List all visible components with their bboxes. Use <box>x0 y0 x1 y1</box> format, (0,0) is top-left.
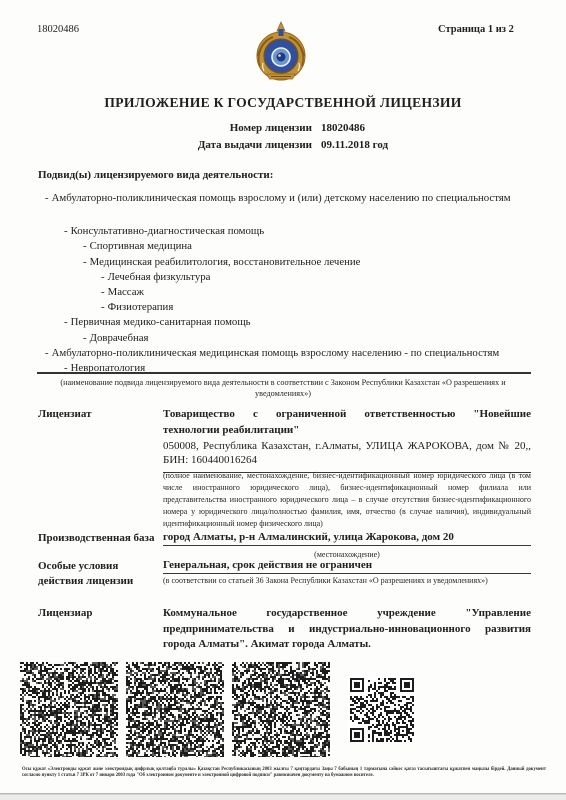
subtype-text: Амбулаторно-поликлиническая медицинская … <box>52 347 500 359</box>
licensor-line2: предпринимательства и индустриально-инно… <box>163 622 531 638</box>
subtype-item: -Амбулаторно-поликлиническая медицинская… <box>45 346 538 361</box>
list-dash: - <box>64 316 68 328</box>
subtype-text: Доврачебная <box>90 332 149 344</box>
digital-signature-barcode-3 <box>232 662 330 757</box>
list-dash: - <box>101 271 105 283</box>
subtype-text: Медицинская реабилитология, восстановите… <box>90 256 361 268</box>
licensee-address-line1: 050008, Республика Казахстан, г.Алматы, … <box>163 439 531 453</box>
list-dash: - <box>45 347 49 359</box>
coat-of-arms-icon <box>250 19 312 92</box>
special-conditions-footnote: (в соответствии со статьей 36 Закона Рес… <box>163 575 531 587</box>
list-dash: - <box>83 256 87 268</box>
subtype-item: -Консультативно-диагностическая помощь <box>64 224 538 239</box>
subtype-text: Физиотерапия <box>108 301 174 313</box>
subtype-text: Массаж <box>108 286 144 298</box>
licensee-name-line2: технологии реабилитации" <box>163 423 531 439</box>
scan-page-edge <box>0 792 566 800</box>
list-dash: - <box>45 192 49 204</box>
licensee-name-line1: Товарищество с ограниченной ответственно… <box>163 407 531 423</box>
digital-signature-barcode-1 <box>20 662 118 757</box>
licensee-label: Лицензиат <box>38 407 160 422</box>
list-dash: - <box>83 240 87 252</box>
subtype-item: -Медицинская реабилитология, восстановит… <box>83 255 538 270</box>
subtype-item: -Физиотерапия <box>101 300 538 315</box>
legal-footnote-kk: Осы құжат «Электронды құжат және электро… <box>22 767 505 772</box>
list-dash: - <box>101 301 105 313</box>
license-annex-page: 18020486 Страница 1 из 2 ПРИЛОЖЕНИЕ К ГО… <box>0 0 566 800</box>
subtype-text: Амбулаторно-поликлиническая помощь взрос… <box>52 192 511 204</box>
page-indicator: Страница 1 из 2 <box>438 24 514 35</box>
subtype-item: -Массаж <box>101 285 538 300</box>
subtype-item: -Спортивная медицина <box>83 239 538 254</box>
subtype-text: Первичная медико-санитарная помощь <box>71 316 251 328</box>
special-conditions-label: Особые условия действия лицензии <box>38 559 160 589</box>
licensee-bin: БИН: 160440016264 <box>163 453 531 467</box>
subtype-item: -Доврачебная <box>83 331 538 346</box>
licensee-name: Товарищество с ограниченной ответственно… <box>163 407 531 438</box>
subtype-text: Спортивная медицина <box>90 240 192 252</box>
subtype-item: -Первичная медико-санитарная помощь <box>64 315 538 330</box>
licensor-line1: Коммунальное государственное учреждение … <box>163 606 531 622</box>
licensor-value: Коммунальное государственное учреждение … <box>163 606 531 653</box>
subtype-item: -Амбулаторно-поликлиническая помощь взро… <box>45 191 538 206</box>
list-dash: - <box>101 286 105 298</box>
subtypes-footnote: (наименование подвида лицензируемого вид… <box>33 377 533 399</box>
list-dash: - <box>83 332 87 344</box>
subtypes-heading: Подвид(ы) лицензируемого вида деятельнос… <box>38 169 273 181</box>
digital-signature-barcode-2 <box>126 662 224 757</box>
licensee-address: 050008, Республика Казахстан, г.Алматы, … <box>163 439 531 473</box>
subtype-item: -Лечебная физкультура <box>101 270 538 285</box>
licensor-line3: города Алматы". Акимат города Алматы. <box>163 637 531 653</box>
license-number-value: 18020486 <box>321 122 438 134</box>
licensee-footnote: (полное наименование, местонахождение, б… <box>163 470 531 530</box>
page-title: ПРИЛОЖЕНИЕ К ГОСУДАРСТВЕННОЙ ЛИЦЕНЗИИ <box>0 95 566 111</box>
production-base-label: Производственная база <box>38 531 160 546</box>
subtype-item: -Невропатология <box>64 361 538 376</box>
subtype-text: Лечебная физкультура <box>108 271 211 283</box>
subtype-text: Консультативно-диагностическая помощь <box>71 225 265 237</box>
legal-footnote: Осы құжат «Электронды құжат және электро… <box>22 767 546 779</box>
issue-date-value: 09.11.2018 год <box>321 139 438 151</box>
divider-rule <box>37 372 531 374</box>
special-conditions-value: Генеральная, срок действия не ограничен <box>163 559 531 574</box>
document-number: 18020486 <box>37 24 79 35</box>
qr-code <box>348 676 416 744</box>
license-meta: Номер лицензии 18020486 Дата выдачи лице… <box>138 122 438 151</box>
issue-date-label: Дата выдачи лицензии <box>138 139 312 151</box>
list-dash: - <box>64 225 68 237</box>
production-base-value: город Алматы, р-н Алмалинский, улица Жар… <box>163 531 531 546</box>
subtypes-list: -Амбулаторно-поликлиническая помощь взро… <box>38 191 538 376</box>
licensor-label: Лицензиар <box>38 606 160 621</box>
license-number-label: Номер лицензии <box>138 122 312 134</box>
